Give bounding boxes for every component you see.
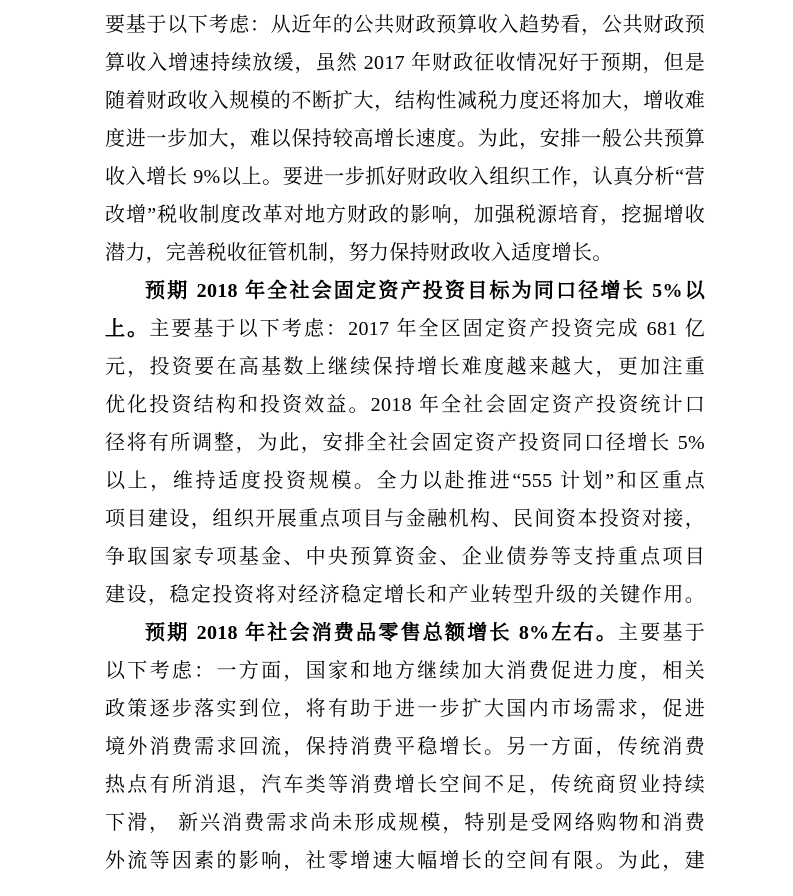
document-page: 要基于以下考虑：从近年的公共财政预算收入趋势看，公共财政预算收入增速持续放缓，虽…: [0, 0, 793, 896]
text-line: 潜力，完善税收征管机制，努力保持财政收入适度增长。: [105, 234, 705, 272]
text-line: 改增”税收制度改革对地方财政的影响，加强税源培育，挖掘增收: [105, 196, 705, 234]
text-line: 境外消费需求回流，保持消费平稳增长。另一方面，传统消费: [105, 728, 705, 766]
text-line: 径将有所调整，为此，安排全社会固定资产投资同口径增长 5%: [105, 424, 705, 462]
text-segment: 主要基于: [618, 622, 705, 644]
text-segment: 主要基于以下考虑：2017 年全区固定资产投资完成 681 亿: [149, 318, 705, 340]
text-segment: 政策逐步落实到位，将有助于进一步扩大国内市场需求，促进: [105, 698, 705, 720]
text-line: 预期 2018 年全社会固定资产投资目标为同口径增长 5%以: [105, 272, 705, 310]
text-segment: 争取国家专项基金、中央预算资金、企业债券等支持重点项目: [105, 546, 705, 568]
text-line: 收入增长 9%以上。要进一步抓好财政收入组织工作，认真分析“营: [105, 158, 705, 196]
text-segment: 收入增长 9%以上。要进一步抓好财政收入组织工作，认真分析“营: [105, 166, 705, 188]
text-segment: 径将有所调整，为此，安排全社会固定资产投资同口径增长 5%: [105, 432, 705, 454]
text-line: 优化投资结构和投资效益。2018 年全社会固定资产投资统计口: [105, 386, 705, 424]
text-line: 预期 2018 年社会消费品零售总额增长 8%左右。主要基于: [105, 614, 705, 652]
text-line: 以下考虑：一方面，国家和地方继续加大消费促进力度，相关: [105, 652, 705, 690]
text-line: 热点有所消退，汽车类等消费增长空间不足，传统商贸业持续: [105, 766, 705, 804]
text-line: 下滑， 新兴消费需求尚未形成规模，特别是受网络购物和消费: [105, 804, 705, 842]
text-segment: 热点有所消退，汽车类等消费增长空间不足，传统商贸业持续: [105, 774, 705, 796]
bold-text-segment: 预期 2018 年社会消费品零售总额增长 8%左右。: [145, 622, 618, 644]
text-line: 争取国家专项基金、中央预算资金、企业债券等支持重点项目: [105, 538, 705, 576]
text-segment: 潜力，完善税收征管机制，努力保持财政收入适度增长。: [105, 242, 613, 264]
text-segment: 度进一步加大，难以保持较高增长速度。为此，安排一般公共预算: [105, 128, 705, 150]
bold-text-segment: 预期 2018 年全社会固定资产投资目标为同口径增长 5%以: [145, 280, 705, 302]
text-segment: 优化投资结构和投资效益。2018 年全社会固定资产投资统计口: [105, 394, 705, 416]
text-segment: 项目建设，组织开展重点项目与金融机构、民间资本投资对接，: [105, 508, 705, 530]
text-segment: 算收入增速持续放缓，虽然 2017 年财政征收情况好于预期，但是: [105, 52, 705, 74]
text-line: 上。主要基于以下考虑：2017 年全区固定资产投资完成 681 亿: [105, 310, 705, 348]
text-segment: 以上，维持适度投资规模。全力以赴推进“555 计划”和区重点: [105, 470, 705, 492]
text-line: 项目建设，组织开展重点项目与金融机构、民间资本投资对接，: [105, 500, 705, 538]
text-segment: 改增”税收制度改革对地方财政的影响，加强税源培育，挖掘增收: [105, 204, 705, 226]
text-line: 以上，维持适度投资规模。全力以赴推进“555 计划”和区重点: [105, 462, 705, 500]
text-line: 政策逐步落实到位，将有助于进一步扩大国内市场需求，促进: [105, 690, 705, 728]
text-line: 要基于以下考虑：从近年的公共财政预算收入趋势看，公共财政预: [105, 6, 705, 44]
text-line: 元，投资要在高基数上继续保持增长难度越来越大，更加注重: [105, 348, 705, 386]
text-line: 随着财政收入规模的不断扩大，结构性减税力度还将加大，增收难: [105, 82, 705, 120]
document-text-block: 要基于以下考虑：从近年的公共财政预算收入趋势看，公共财政预算收入增速持续放缓，虽…: [105, 6, 705, 880]
text-segment: 建设，稳定投资将对经济稳定增长和产业转型升级的关键作用。: [105, 584, 705, 606]
text-line: 建设，稳定投资将对经济稳定增长和产业转型升级的关键作用。: [105, 576, 705, 614]
text-segment: 外流等因素的影响，社零增速大幅增长的空间有限。为此，建: [105, 850, 705, 872]
text-segment: 元，投资要在高基数上继续保持增长难度越来越大，更加注重: [105, 356, 705, 378]
text-line: 度进一步加大，难以保持较高增长速度。为此，安排一般公共预算: [105, 120, 705, 158]
text-segment: 以下考虑：一方面，国家和地方继续加大消费促进力度，相关: [105, 660, 705, 682]
text-segment: 随着财政收入规模的不断扩大，结构性减税力度还将加大，增收难: [105, 90, 705, 112]
text-segment: 境外消费需求回流，保持消费平稳增长。另一方面，传统消费: [105, 736, 705, 758]
text-line: 外流等因素的影响，社零增速大幅增长的空间有限。为此，建: [105, 842, 705, 880]
text-segment: 要基于以下考虑：从近年的公共财政预算收入趋势看，公共财政预: [105, 14, 705, 36]
text-segment: 下滑， 新兴消费需求尚未形成规模，特别是受网络购物和消费: [105, 812, 705, 834]
bold-text-segment: 上。: [105, 318, 149, 340]
text-line: 算收入增速持续放缓，虽然 2017 年财政征收情况好于预期，但是: [105, 44, 705, 82]
